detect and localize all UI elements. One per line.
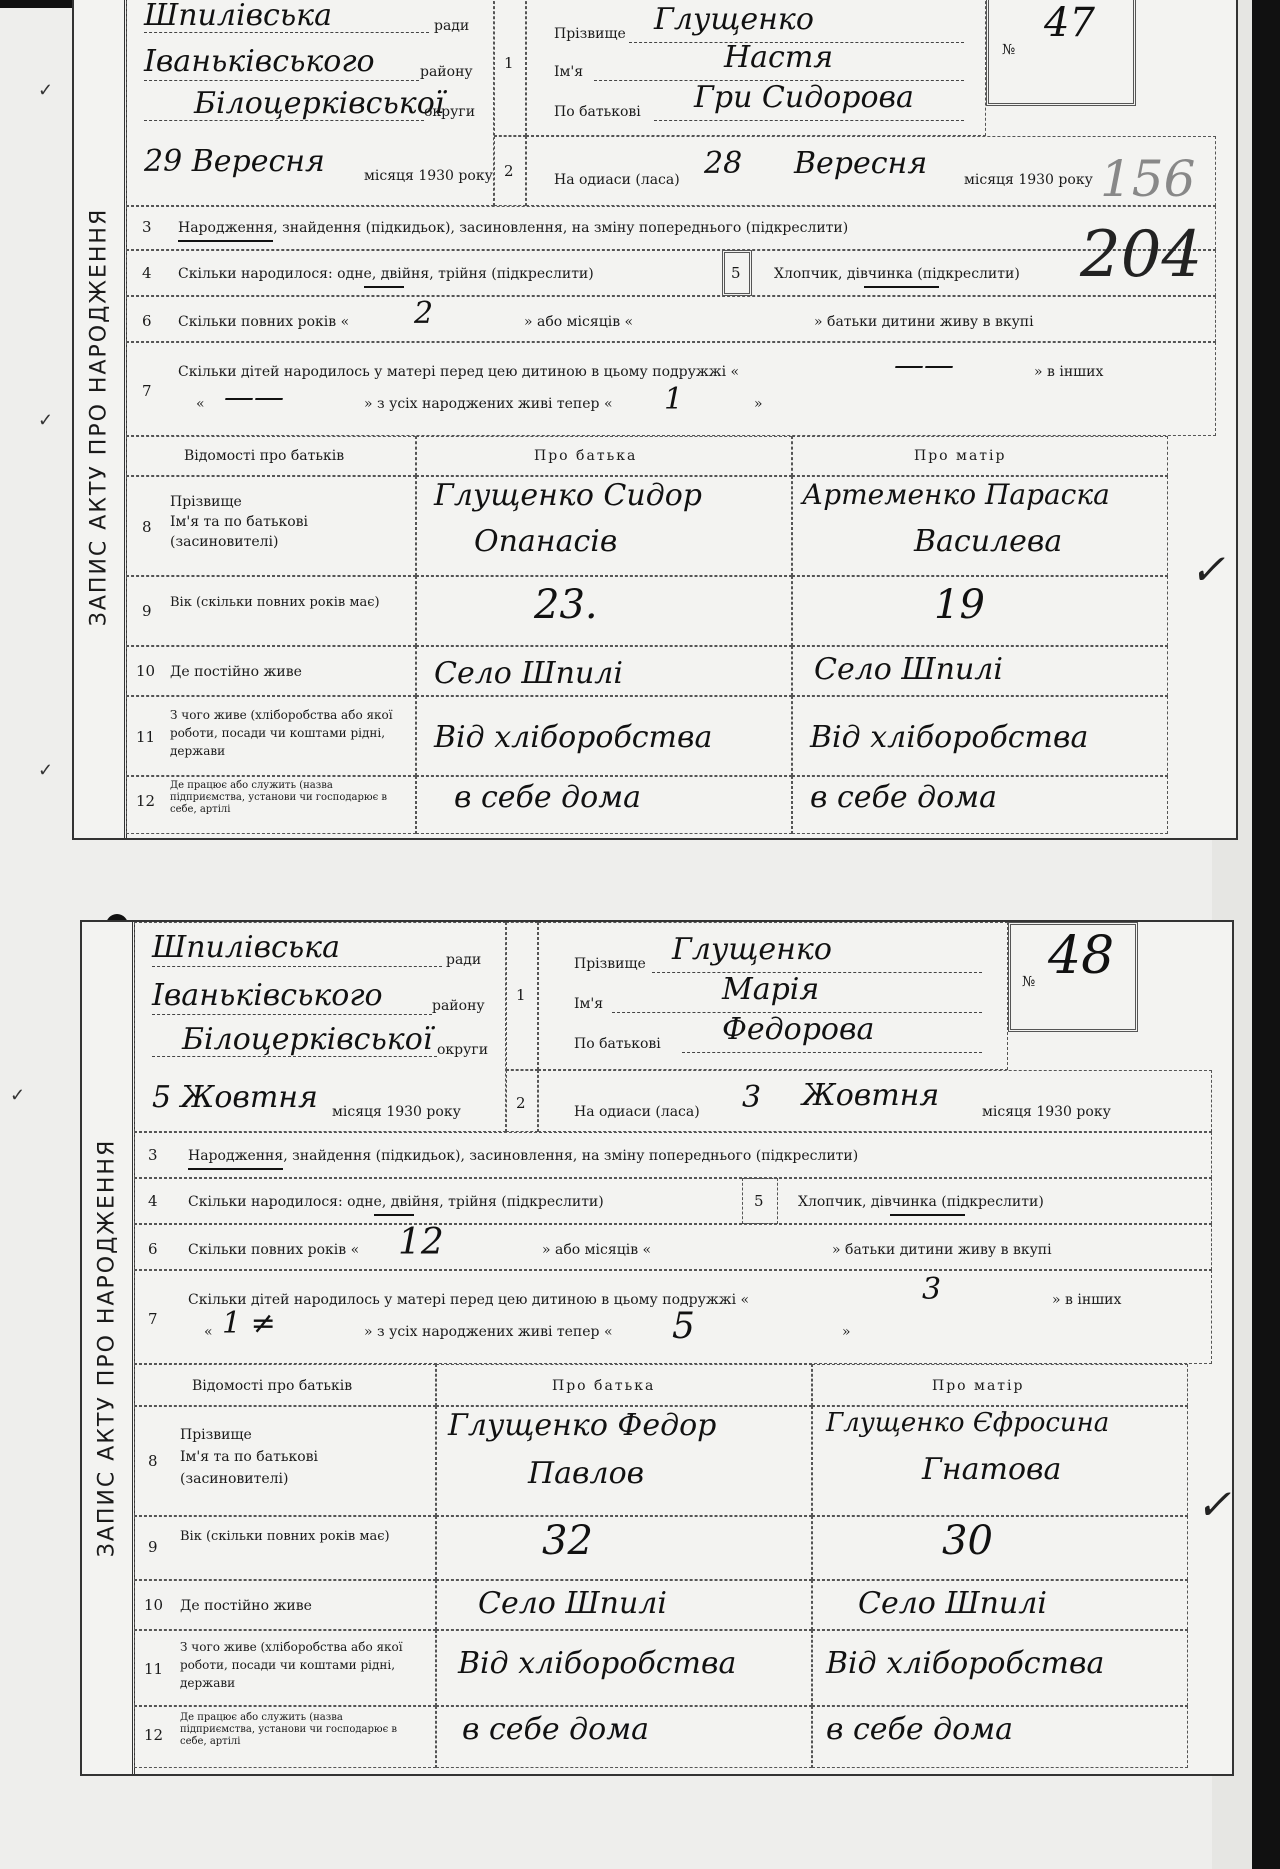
sex-options: Хлопчик, дівчинка (підкреслити) [774,266,1020,282]
mother-patronymic: Василева [914,524,1062,559]
mother-name: Глущенко Єфросина [826,1408,1109,1438]
row-number: 2 [504,162,514,180]
birth-month: Жовтня [802,1078,939,1113]
patronymic-value: Федорова [722,1012,874,1047]
mother-work: в себе дома [810,780,997,815]
margin-tick: ✓ [38,760,53,781]
name-value: Марія [722,972,819,1007]
father-age: 32 [542,1518,593,1564]
margin-tick: ✓ [38,410,53,431]
okruga-value: Білоцерківської [182,1022,432,1057]
mother-residence: Село Шпилі [814,652,1003,687]
mother-name: Артеменко Параска [802,478,1110,511]
birth-count-options: Скільки народилося: одне, двійня, трійня… [178,266,594,282]
father-header: Про батька [534,448,637,464]
father-work: в себе дома [462,1712,649,1747]
mother-livelihood: Від хліборобства [810,720,1088,755]
father-patronymic: Опанасів [474,524,617,559]
okruga-value: Білоцерківської [194,86,444,121]
rada-value: Шпилівська [152,930,340,965]
form-title-sidebar: ЗАПИС АКТУ ПРО НАРОДЖЕННЯ [74,0,127,838]
years-together: 2 [414,296,433,331]
father-work: в себе дома [454,780,641,815]
underline-narodzhennia [178,240,273,242]
margin-tick: ✓ [10,1085,25,1106]
mother-work: в себе дома [826,1712,1013,1747]
years-together: 12 [398,1222,444,1263]
mother-residence: Село Шпилі [858,1586,1047,1621]
parents-header: Відомості про батьків [184,448,344,464]
surname-value: Глущенко [672,932,832,967]
birth-record-48: ЗАПИС АКТУ ПРО НАРОДЖЕННЯ Шпилівська рад… [80,920,1234,1776]
birth-year-label: місяця 1930 року [964,172,1093,188]
form-title-sidebar: ЗАПИС АКТУ ПРО НАРОДЖЕННЯ [82,922,135,1774]
father-livelihood: Від хліборобства [458,1646,736,1681]
mother-patronymic: Гнатова [922,1452,1061,1487]
children-this-marriage: —— [894,348,954,383]
rayon-value: Іваньківського [144,44,375,79]
check-mark: ✓ [1190,545,1225,594]
surname-label: Прізвище [554,26,626,42]
rada-value: Шпилівська [144,0,332,33]
margin-tick: ✓ [38,80,53,101]
mother-header: Про матір [914,448,1006,464]
scan-right-edge [1252,0,1280,1869]
father-patronymic: Павлов [528,1456,644,1491]
mother-livelihood: Від хліборобства [826,1646,1104,1681]
children-other: 1 ≠ [222,1306,276,1341]
name-label: Ім'я [554,64,583,80]
registration-date: 29 Вересня [144,144,325,179]
birth-record-47: ЗАПИС АКТУ ПРО НАРОДЖЕННЯ Шпилівська рад… [72,0,1238,840]
margin-note-ink: 204 [1080,218,1202,292]
children-other: —— [224,380,284,415]
rayon-value: Іваньківського [152,978,383,1013]
surname-value: Глущенко [654,2,814,37]
record-number: 47 [1044,0,1095,46]
month-year-label: місяця 1930 року [364,168,493,184]
children-this-marriage: 3 [922,1272,941,1307]
mother-age: 30 [942,1518,993,1564]
margin-note-pencil: 156 [1100,150,1195,208]
birth-day: 3 [742,1080,761,1115]
number-label: № [1002,42,1015,58]
registration-date: 5 Жовтня [152,1080,318,1115]
birth-month: Вересня [794,146,927,181]
event-type-options: Народження, знайдення (підкидьок), засин… [178,220,848,236]
record-number: 48 [1048,926,1114,986]
rada-label: ради [434,18,469,34]
form-title: ЗАПИС АКТУ ПРО НАРОДЖЕННЯ [95,1139,120,1557]
okruga-label: округи [424,104,475,120]
father-name: Глущенко Сидор [434,478,702,513]
children-alive: 1 [664,382,683,417]
birth-day: 28 [704,146,742,181]
father-name: Глущенко Федор [448,1408,716,1443]
father-residence: Село Шпилі [478,1586,667,1621]
row-number: 1 [504,54,514,72]
rayon-label: району [420,64,473,80]
patronymic-value: Гри Сидорова [694,80,914,115]
birth-date-label: На одиаси (ласа) [554,172,680,188]
form-title: ЗАПИС АКТУ ПРО НАРОДЖЕННЯ [87,208,112,626]
father-residence: Село Шпилі [434,656,623,691]
name-value: Настя [724,40,833,75]
children-alive: 5 [672,1306,695,1347]
patronymic-label: По батькові [554,104,641,120]
father-livelihood: Від хліборобства [434,720,712,755]
mother-age: 19 [934,582,985,628]
father-age: 23. [534,582,598,628]
check-mark: ✓ [1196,1480,1231,1529]
